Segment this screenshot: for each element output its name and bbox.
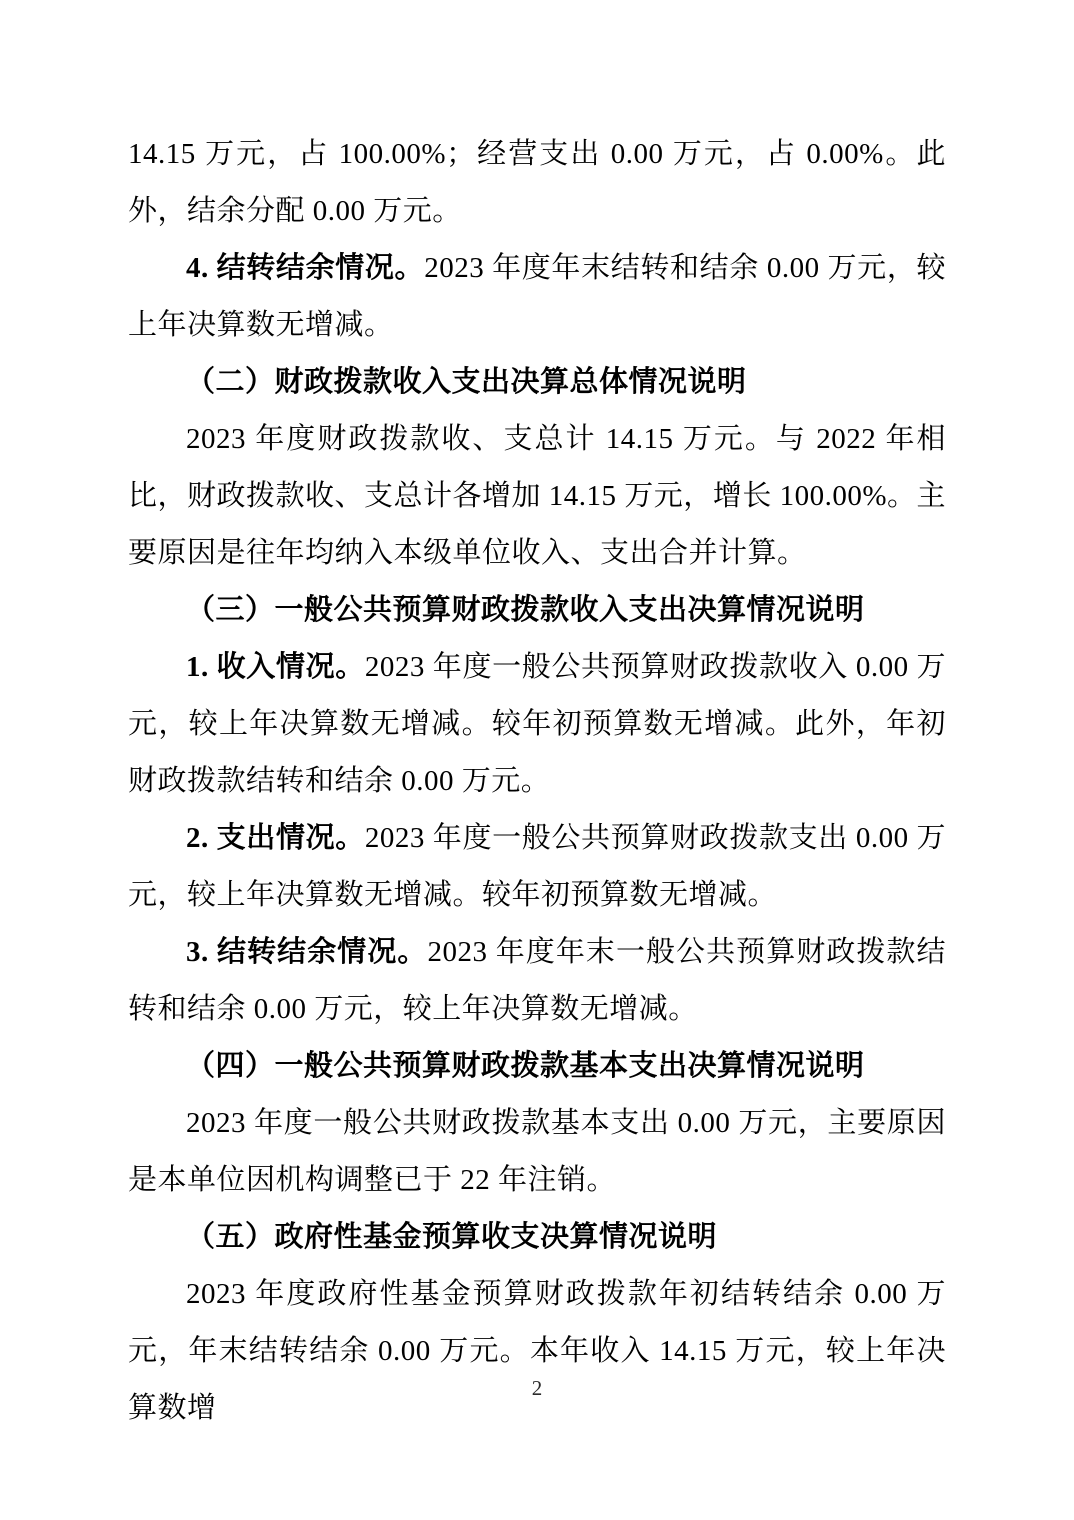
heading-text: （四）一般公共预算财政拨款基本支出决算情况说明: [186, 1050, 865, 1082]
paragraph-lead: 1. 收入情况。: [186, 651, 365, 683]
paragraph-fiscal-appropriation-total: 2023 年度财政拨款收、支总计 14.15 万元。与 2022 年相比，财政拨…: [128, 411, 946, 582]
paragraph-continuation: 14.15 万元，占 100.00%；经营支出 0.00 万元，占 0.00%。…: [128, 126, 946, 240]
paragraph-text: 2023 年度财政拨款收、支总计 14.15 万元。与 2022 年相比，财政拨…: [128, 423, 946, 569]
paragraph-lead: 4. 结转结余情况。: [186, 252, 424, 284]
heading-text: （三）一般公共预算财政拨款收入支出决算情况说明: [186, 594, 865, 626]
paragraph-item-1-income: 1. 收入情况。2023 年度一般公共预算财政拨款收入 0.00 万元，较上年决…: [128, 639, 946, 810]
document-page: 14.15 万元，占 100.00%；经营支出 0.00 万元，占 0.00%。…: [0, 0, 1074, 1520]
paragraph-basic-expenditure: 2023 年度一般公共财政拨款基本支出 0.00 万元，主要原因是本单位因机构调…: [128, 1095, 946, 1209]
heading-text: （二）财政拨款收入支出决算总体情况说明: [186, 366, 747, 398]
paragraph-text: 14.15 万元，占 100.00%；经营支出 0.00 万元，占 0.00%。…: [128, 138, 946, 227]
heading-text: （五）政府性基金预算收支决算情况说明: [186, 1221, 717, 1253]
paragraph-lead: 3. 结转结余情况。: [186, 936, 427, 968]
paragraph-lead: 2. 支出情况。: [186, 822, 365, 854]
heading-section-3-general-public-budget: （三）一般公共预算财政拨款收入支出决算情况说明: [128, 582, 946, 639]
heading-section-5-government-fund-budget: （五）政府性基金预算收支决算情况说明: [128, 1209, 946, 1266]
paragraph-text: 2023 年度政府性基金预算财政拨款年初结转结余 0.00 万元，年末结转结余 …: [128, 1278, 946, 1424]
paragraph-item-3-carryover: 3. 结转结余情况。2023 年度年末一般公共预算财政拨款结转和结余 0.00 …: [128, 924, 946, 1038]
paragraph-item-2-expenditure: 2. 支出情况。2023 年度一般公共预算财政拨款支出 0.00 万元，较上年决…: [128, 810, 946, 924]
heading-section-2-fiscal-appropriation-overview: （二）财政拨款收入支出决算总体情况说明: [128, 354, 946, 411]
paragraph-text: 2023 年度一般公共财政拨款基本支出 0.00 万元，主要原因是本单位因机构调…: [128, 1107, 946, 1196]
page-footer: 2: [0, 1374, 1074, 1402]
heading-section-4-basic-expenditure: （四）一般公共预算财政拨款基本支出决算情况说明: [128, 1038, 946, 1095]
page-number: 2: [532, 1376, 543, 1400]
paragraph-government-fund: 2023 年度政府性基金预算财政拨款年初结转结余 0.00 万元，年末结转结余 …: [128, 1266, 946, 1437]
paragraph-item-4-carryover: 4. 结转结余情况。2023 年度年末结转和结余 0.00 万元，较上年决算数无…: [128, 240, 946, 354]
document-body: 14.15 万元，占 100.00%；经营支出 0.00 万元，占 0.00%。…: [128, 126, 946, 1437]
